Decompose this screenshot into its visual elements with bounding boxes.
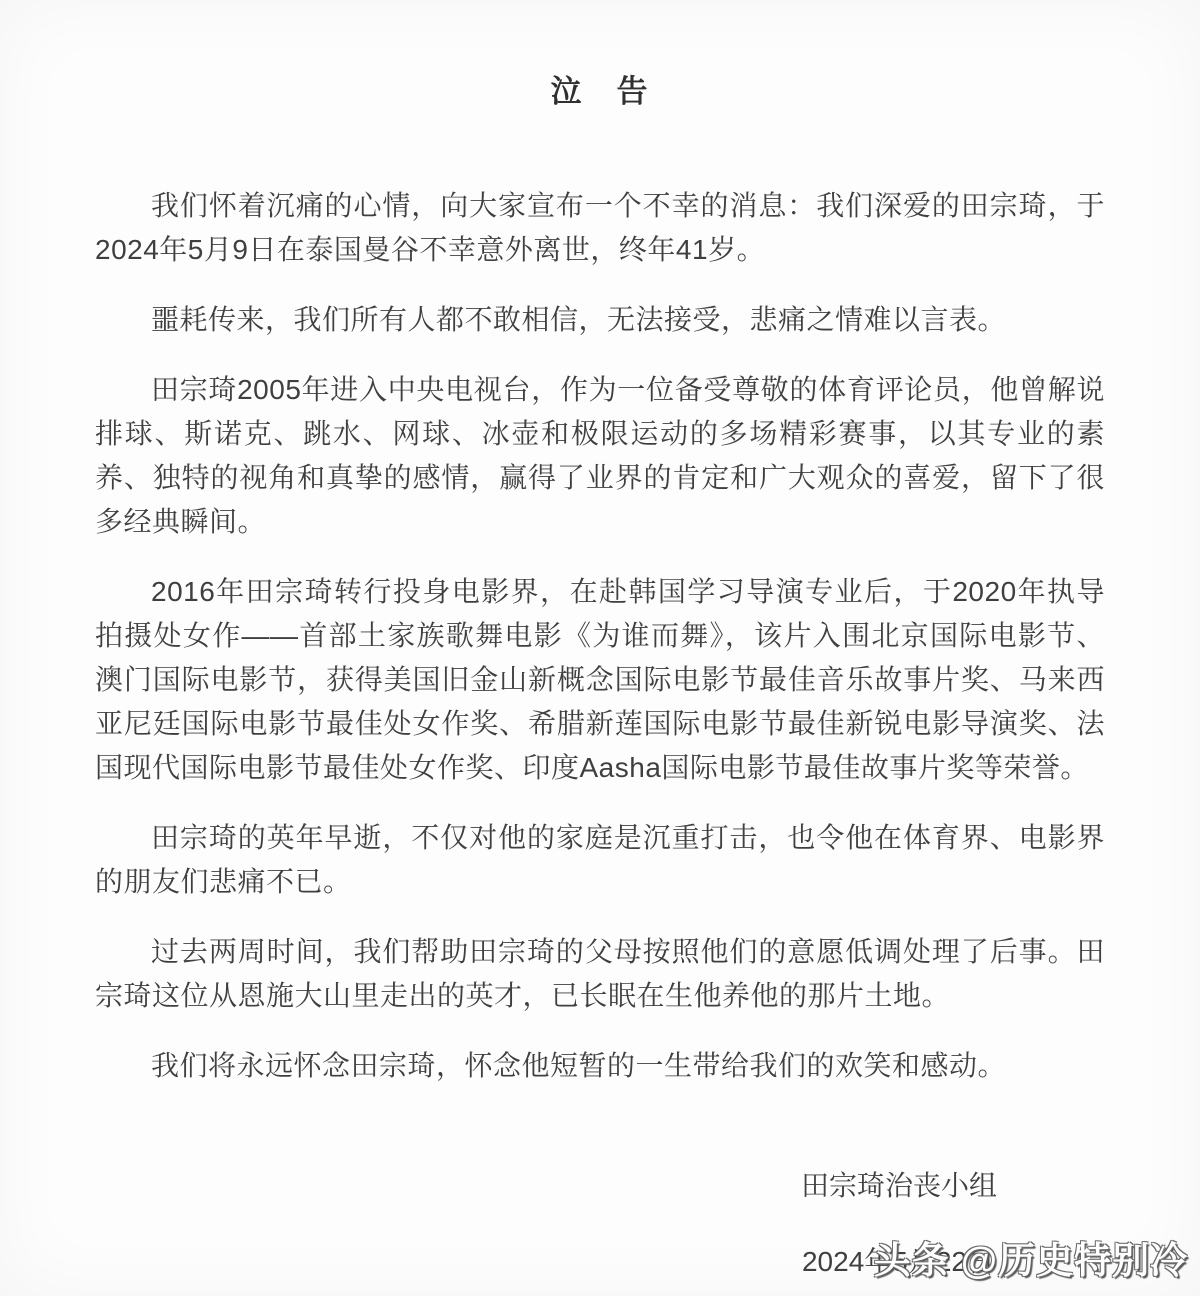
paragraph-film-career: 2016年田宗琦转行投身电影界，在赴韩国学习导演专业后，于2020年执导拍摄处女… [95, 570, 1105, 790]
paragraph-remembrance: 我们将永远怀念田宗琦，怀念他短暂的一生带给我们的欢笑和感动。 [95, 1044, 1105, 1088]
paragraph-announcement: 我们怀着沉痛的心情，向大家宣布一个不幸的消息：我们深爱的田宗琦，于2024年5月… [95, 184, 1105, 272]
document-title: 泣 告 [95, 70, 1105, 114]
signature-line: 田宗琦治丧小组 [95, 1164, 1105, 1208]
paragraph-impact: 田宗琦的英年早逝，不仅对他的家庭是沉重打击，也令他在体育界、电影界的朋友们悲痛不… [95, 816, 1105, 904]
paragraph-tv-career: 田宗琦2005年进入中央电视台，作为一位备受尊敬的体育评论员，他曾解说排球、斯诺… [95, 368, 1105, 544]
document-content: 泣 告 我们怀着沉痛的心情，向大家宣布一个不幸的消息：我们深爱的田宗琦，于202… [0, 70, 1200, 1284]
paragraph-funeral: 过去两周时间，我们帮助田宗琦的父母按照他们的意愿低调处理了后事。田宗琦这位从恩施… [95, 930, 1105, 1018]
paragraph-grief: 噩耗传来，我们所有人都不敢相信，无法接受，悲痛之情难以言表。 [95, 298, 1105, 342]
toutiao-watermark: 头条 @历史特别冷 [874, 1230, 1188, 1284]
obituary-document: 泣 告 我们怀着沉痛的心情，向大家宣布一个不幸的消息：我们深爱的田宗琦，于202… [0, 0, 1200, 1296]
